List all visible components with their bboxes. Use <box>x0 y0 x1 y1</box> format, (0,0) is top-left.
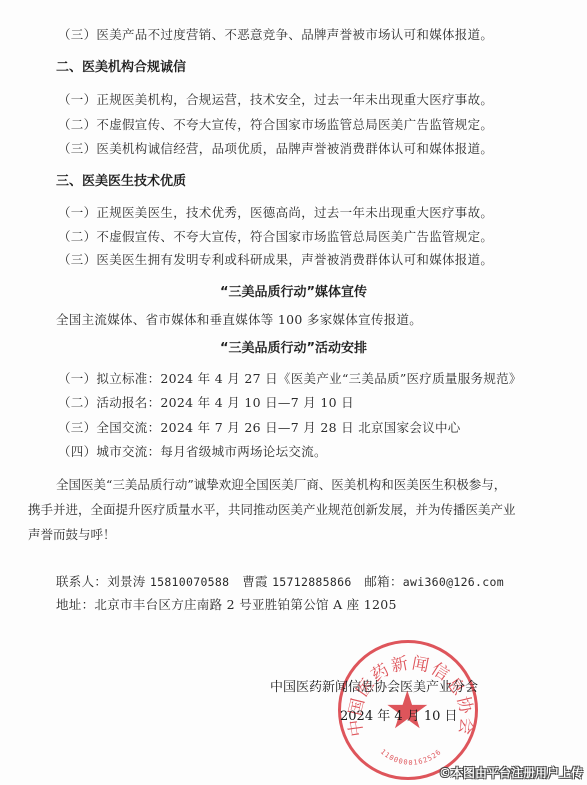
platform-watermark: ©本图由平台注册用户上传 <box>439 764 583 781</box>
email-link[interactable]: awi360@126.com <box>403 575 504 589</box>
closing-text: 全国医美“三美品质行动”诚挚欢迎全国医美厂商、医美机构和医美医生积极参与，携手并… <box>28 477 516 542</box>
section3-item-1: （一）正规医美医生，技术优秀，医德高尚，过去一年未出现重大医疗事故。 <box>58 205 493 221</box>
section3-title: 三、医美医生技术优质 <box>56 174 186 190</box>
section3-item-2: （二）不虚假宣传、不夸大宣传，符合国家市场监管总局医美广告监管规定。 <box>58 229 493 245</box>
section2-item-1: （一）正规医美机构，合规运营，技术安全，过去一年未出现重大医疗事故。 <box>58 92 493 108</box>
contact-phone-2: 15712885866 <box>272 575 351 589</box>
media-title: “三美品质行动”媒体宣传 <box>0 285 587 301</box>
contact-person-1: 刘景涛 <box>107 574 145 589</box>
contact-line: 联系人：刘景涛 15810070588 曹霞 15712885866 邮箱：aw… <box>56 574 504 590</box>
schedule-item-4: （四）城市交流：每月省级城市两场论坛交流。 <box>58 444 327 460</box>
schedule-item-2: （二）活动报名：2024 年 4 月 10 日—7 月 10 日 <box>58 395 354 411</box>
signature-organization: 中国医药新闻信息协会医美产业分会 <box>270 680 478 696</box>
signature-date: 2024 年 4 月 10 日 <box>340 709 458 725</box>
contact-person-2: 曹霞 <box>242 574 268 589</box>
address-line: 地址：北京市丰台区方庄南路 2 号亚胜铂第公馆 A 座 1205 <box>56 597 397 613</box>
section2-item-3: （三）医美机构诚信经营，品项优质，品牌声誉被消费群体认可和媒体报道。 <box>58 141 493 157</box>
email-label: 邮箱： <box>364 574 402 589</box>
closing-paragraph: 全国医美“三美品质行动”诚挚欢迎全国医美厂商、医美机构和医美医生积极参与，携手并… <box>28 472 518 547</box>
media-body: 全国主流媒体、省市媒体和垂直媒体等 100 多家媒体宣传报道。 <box>56 312 422 328</box>
schedule-title: “三美品质行动”活动安排 <box>0 341 587 357</box>
contact-phone-1: 15810070588 <box>150 575 229 589</box>
section1-item-3: （三）医美产品不过度营销、不恶意竞争、品牌声誉被市场认可和媒体报道。 <box>58 27 493 43</box>
svg-text:1100000162526: 1100000162526 <box>379 748 443 767</box>
section3-item-3: （三）医美医生拥有发明专利或科研成果，声誉被消费群体认可和媒体报道。 <box>58 252 493 268</box>
contact-label: 联系人： <box>56 574 107 589</box>
section2-title: 二、医美机构合规诚信 <box>56 60 186 76</box>
schedule-item-1: （一）拟立标准：2024 年 4 月 27 日《医美产业“三美品质”医疗质量服务… <box>58 371 522 387</box>
schedule-item-3: （三）全国交流：2024 年 7 月 26 日—7 月 28 日 北京国家会议中… <box>58 420 461 436</box>
section2-item-2: （二）不虚假宣传、不夸大宣传，符合国家市场监管总局医美广告监管规定。 <box>58 117 493 133</box>
